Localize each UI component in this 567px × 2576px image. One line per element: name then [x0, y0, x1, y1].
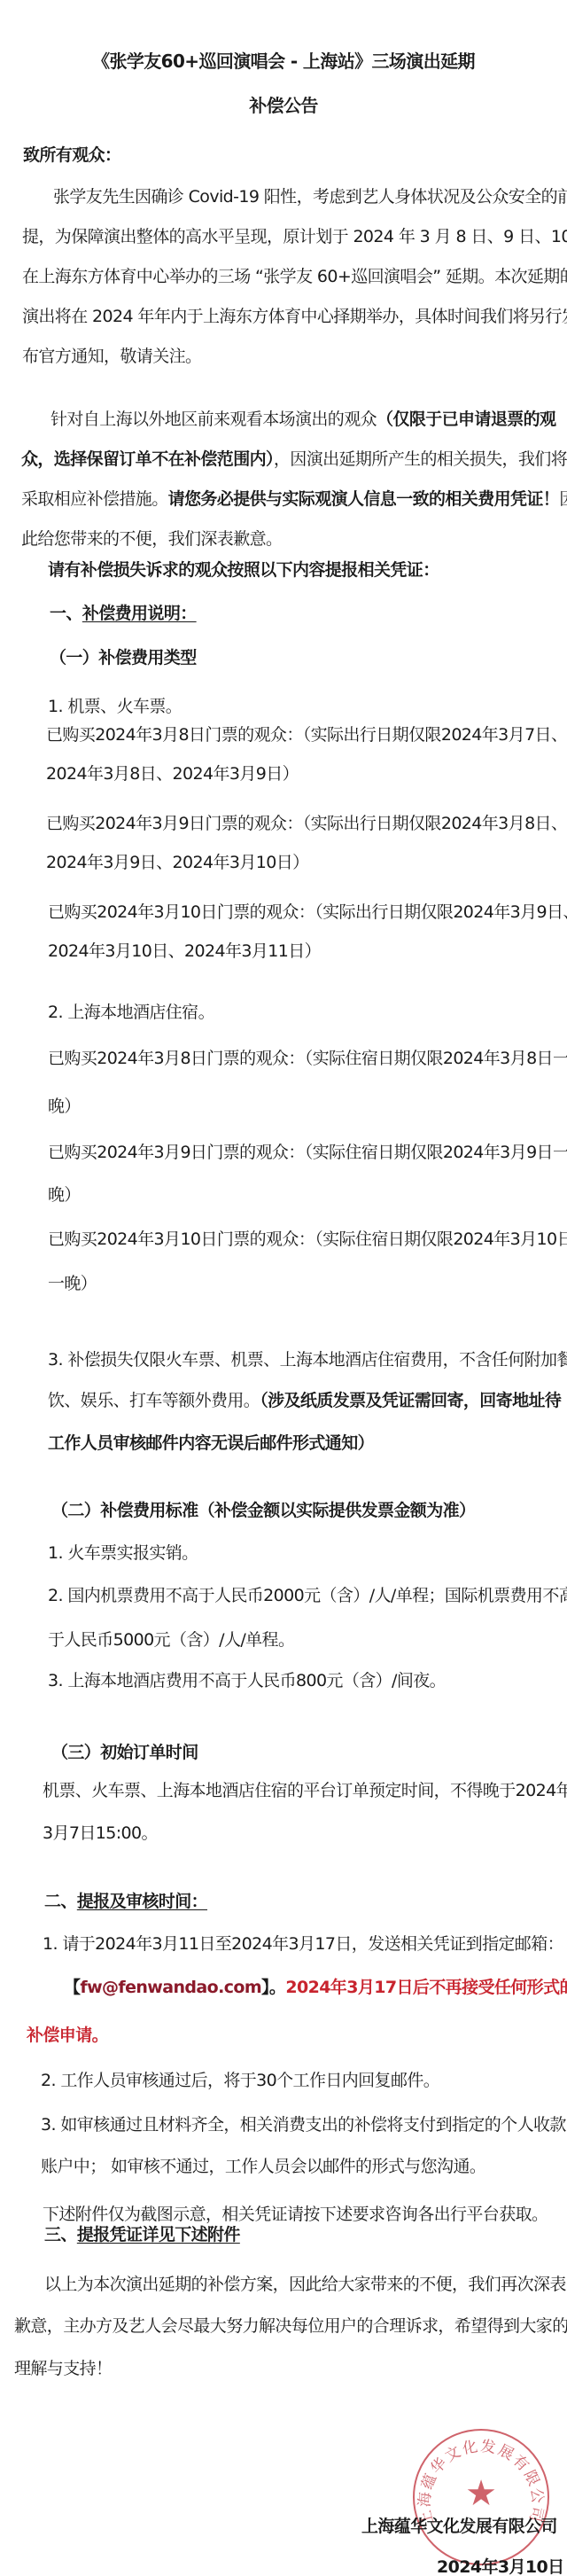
section1-sub2: （二）补偿费用标准（补偿金额以实际提供发票金额为准）: [51, 1500, 475, 1521]
travel-line-1: 已购买2024年3月8日门票的观众：（实际出行日期仅限2024年3月7日、: [46, 724, 567, 745]
section1-item2: 2. 上海本地酒店住宿。: [48, 1002, 214, 1023]
travel-line-2: 2024年3月8日、2024年3月9日）: [46, 763, 299, 785]
standard-line-1: 1. 火车票实报实销。: [48, 1542, 198, 1564]
section1-item3-line-2: 饮、娱乐、打车等额外费用。（涉及纸质发票及凭证需回寄，回寄地址待: [48, 1390, 561, 1411]
section1-sub1: （一）补偿费用类型: [50, 647, 197, 668]
svg-text:上海蕴华文化发展有限公司: 上海蕴华文化发展有限公司: [416, 2438, 546, 2527]
para2-text: 采取相应补偿措施。: [21, 489, 168, 509]
signature-date: 2024年3月10日: [437, 2558, 564, 2576]
para2-bold-note-cont: 众，选择保留订单不在补偿范围内）: [21, 449, 274, 469]
order-line-2: 3月7日15:00。: [43, 1823, 158, 1844]
section3-note: 下述附件仅为截图示意，相关凭证请按下述要求咨询各出行平台获取。: [43, 2204, 548, 2225]
section1-title: 补偿费用说明：: [82, 604, 197, 623]
para2-line-4: 此给您带来的不便，我们深表歉意。: [21, 528, 282, 550]
hotel-line-3: 已购买2024年3月9日门票的观众：（实际住宿日期仅限2024年3月9日一: [48, 1142, 567, 1163]
hotel-line-1: 已购买2024年3月8日门票的观众：（实际住宿日期仅限2024年3月8日一: [48, 1048, 567, 1069]
salutation: 致所有观众：: [23, 144, 120, 166]
section1-item3-line-1: 3. 补偿损失仅限火车票、机票、上海本地酒店住宿费用，不含任何附加餐: [48, 1349, 567, 1370]
para2-bold-warning: 请您务必提供与实际观演人信息一致的相关费用凭证！: [168, 489, 560, 509]
travel-line-3: 已购买2024年3月9日门票的观众：（实际出行日期仅限2024年3月8日、: [46, 813, 567, 834]
para2-line-2: 众，选择保留订单不在补偿范围内），因演出延期所产生的相关损失，我们将: [21, 449, 567, 470]
para2-bold-note: （仅限于已申请退票的观: [377, 410, 555, 429]
submission-email-link[interactable]: fw@fenwandao.com: [80, 1978, 261, 1997]
order-line-1: 机票、火车票、上海本地酒店住宿的平台订单预定时间，不得晚于2024年: [43, 1780, 567, 1801]
travel-line-5: 已购买2024年3月10日门票的观众：（实际出行日期仅限2024年3月9日、: [48, 902, 567, 923]
document-title: 《张学友60+巡回演唱会 - 上海站》三场演出延期: [0, 51, 567, 72]
section1-item3-line-3: 工作人员审核邮件内容无误后邮件形式通知）: [48, 1432, 374, 1454]
section1-prefix: 一、: [50, 604, 82, 623]
email-line: 【fw@fenwandao.com】。2024年3月17日后不再接受任何形式的: [64, 1977, 567, 1998]
closing-line-3: 理解与支持！: [14, 2358, 112, 2379]
para2-text: 因: [559, 489, 567, 509]
para2-text: ，因演出延期所产生的相关损失，我们将: [274, 449, 567, 469]
signature-company: 上海蕴华文化发展有限公司: [361, 2516, 557, 2537]
standard-line-4: 3. 上海本地酒店费用不高于人民币800元（含）/间夜。: [48, 1670, 446, 1691]
travel-line-6: 2024年3月10日、2024年3月11日）: [48, 941, 321, 962]
section2-item3-line-2: 账户中； 如审核不通过，工作人员会以邮件的形式与您沟通。: [41, 2156, 485, 2177]
section1-item1: 1. 机票、火车票。: [48, 696, 182, 717]
company-seal: ★ 上海蕴华文化发展有限公司: [413, 2429, 549, 2565]
para2-line-1: 针对自上海以外地区前来观看本场演出的观众（仅限于已申请退票的观: [50, 409, 555, 430]
intro-line-3: 在上海东方体育中心举办的三场 “张学友 60+巡回演唱会” 延期。本次延期的: [22, 266, 567, 287]
document-subtitle: 补偿公告: [0, 95, 567, 116]
deadline-notice-cont: 补偿申请。: [27, 2025, 108, 2046]
bracket-open: 【: [64, 1978, 80, 1997]
item3-bold-note: （涉及纸质发票及凭证需回寄，回寄地址待: [260, 1391, 561, 1410]
para2-text: 针对自上海以外地区前来观看本场演出的观众: [50, 410, 377, 429]
section3-heading: 三、提报凭证详见下述附件: [44, 2224, 240, 2245]
hotel-line-5: 已购买2024年3月10日门票的观众：（实际住宿日期仅限2024年3月10日: [48, 1229, 567, 1250]
hotel-line-2: 晚）: [48, 1096, 81, 1117]
section2-heading: 二、提报及审核时间：: [44, 1891, 207, 1912]
section2-prefix: 二、: [44, 1892, 77, 1911]
hotel-line-6: 一晚）: [48, 1273, 97, 1294]
standard-line-3: 于人民币5000元（含）/人/单程。: [48, 1629, 294, 1651]
intro-line-2: 提，为保障演出整体的高水平呈现，原计划于 2024 年 3 月 8 日、9 日、…: [22, 226, 567, 247]
section1-sub3: （三）初始订单时间: [51, 1742, 198, 1763]
closing-line-2: 歉意，主办方及艺人会尽最大努力解决每位用户的合理诉求，希望得到大家的: [14, 2315, 567, 2337]
section3-prefix: 三、: [44, 2225, 77, 2244]
intro-line-1: 张学友先生因确诊 Covid-19 阳性，考虑到艺人身体状况及公众安全的前: [53, 186, 567, 207]
intro-line-5: 布官方通知，敬请关注。: [22, 346, 201, 367]
para2-line-3: 采取相应补偿措施。请您务必提供与实际观演人信息一致的相关费用凭证！因: [21, 488, 567, 510]
closing-line-1: 以上为本次演出延期的补偿方案，因此给大家带来的不便，我们再次深表: [44, 2274, 566, 2295]
section2-item1: 1. 请于2024年3月11日至2024年3月17日，发送相关凭证到指定邮箱：: [43, 1933, 563, 1955]
travel-line-4: 2024年3月9日、2024年3月10日）: [46, 852, 309, 873]
deadline-notice: 2024年3月17日后不再接受任何形式的: [285, 1978, 567, 1997]
bracket-close: 】。: [261, 1978, 285, 1997]
seal-text: 上海蕴华文化发展有限公司: [415, 2431, 548, 2564]
item3-text: 饮、娱乐、打车等额外费用。: [48, 1391, 260, 1410]
hotel-line-4: 晚）: [48, 1184, 81, 1206]
section3-title: 提报凭证详见下述附件: [77, 2225, 240, 2244]
section2-item2: 2. 工作人员审核通过后，将于30个工作日内回复邮件。: [41, 2070, 439, 2091]
section2-item3-line-1: 3. 如审核通过且材料齐全，相关消费支出的补偿将支付到指定的个人收款: [41, 2114, 566, 2135]
section1-heading: 一、补偿费用说明：: [50, 603, 197, 624]
standard-line-2: 2. 国内机票费用不高于人民币2000元（含）/人/单程；国际机票费用不高: [48, 1585, 567, 1606]
section2-title: 提报及审核时间：: [77, 1892, 207, 1911]
request-heading: 请有补偿损失诉求的观众按照以下内容提报相关凭证：: [48, 559, 439, 581]
intro-line-4: 演出将在 2024 年年内于上海东方体育中心择期举办，具体时间我们将另行发: [22, 306, 567, 327]
